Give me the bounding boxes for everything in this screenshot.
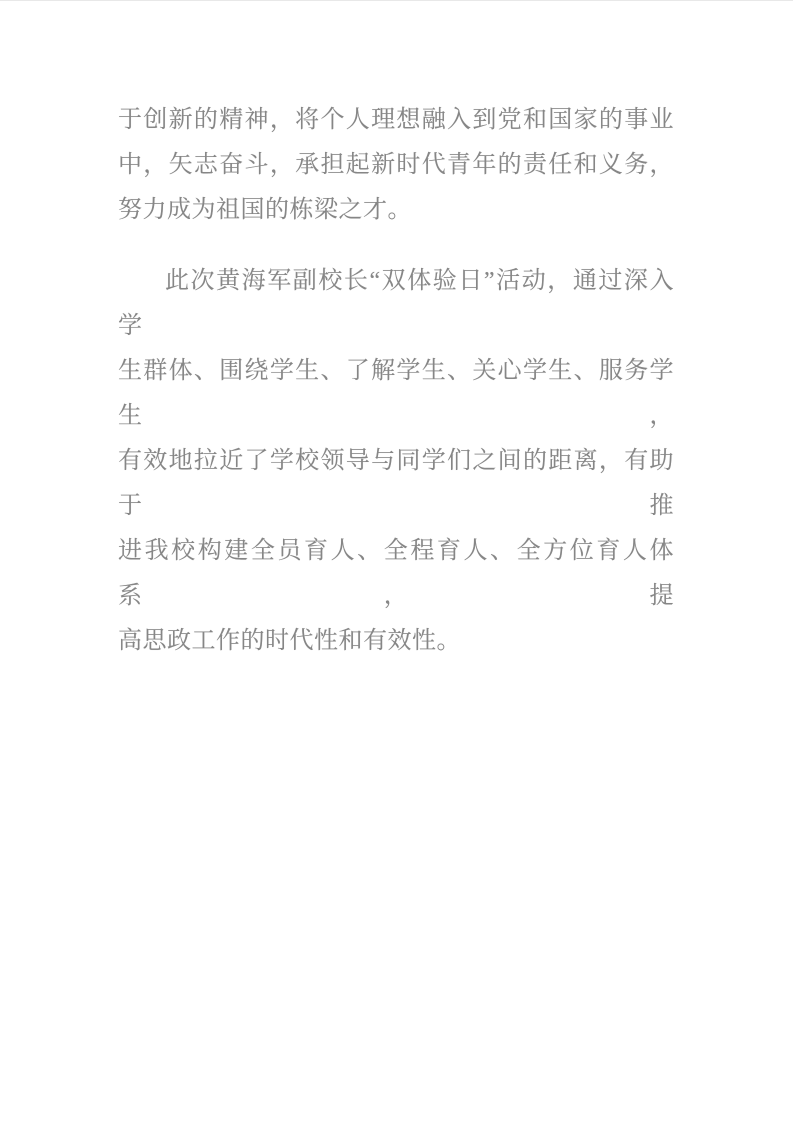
text-line: 有效地拉近了学校领导与同学们之间的距离，有助于推 [118,439,674,529]
paragraph: 于创新的精神，将个人理想融入到党和国家的事业 中，矢志奋斗，承担起新时代青年的责… [118,98,674,233]
text-line: 努力成为祖国的栋梁之才。 [118,188,674,233]
document-page: 于创新的精神，将个人理想融入到党和国家的事业 中，矢志奋斗，承担起新时代青年的责… [0,0,793,1122]
text-line: 此次黄海军副校长“双体验日”活动，通过深入学 [118,259,674,349]
text-line: 生群体、围绕学生、了解学生、关心学生、服务学生， [118,349,674,439]
text-line: 进我校构建全员育人、全程育人、全方位育人体系，提 [118,529,674,619]
paragraph: 此次黄海军副校长“双体验日”活动，通过深入学 生群体、围绕学生、了解学生、关心学… [118,259,674,664]
text-line: 中，矢志奋斗，承担起新时代青年的责任和义务， [118,143,674,188]
document-body: 于创新的精神，将个人理想融入到党和国家的事业 中，矢志奋斗，承担起新时代青年的责… [118,98,674,664]
text-line: 于创新的精神，将个人理想融入到党和国家的事业 [118,98,674,143]
text-line: 高思政工作的时代性和有效性。 [118,619,674,664]
